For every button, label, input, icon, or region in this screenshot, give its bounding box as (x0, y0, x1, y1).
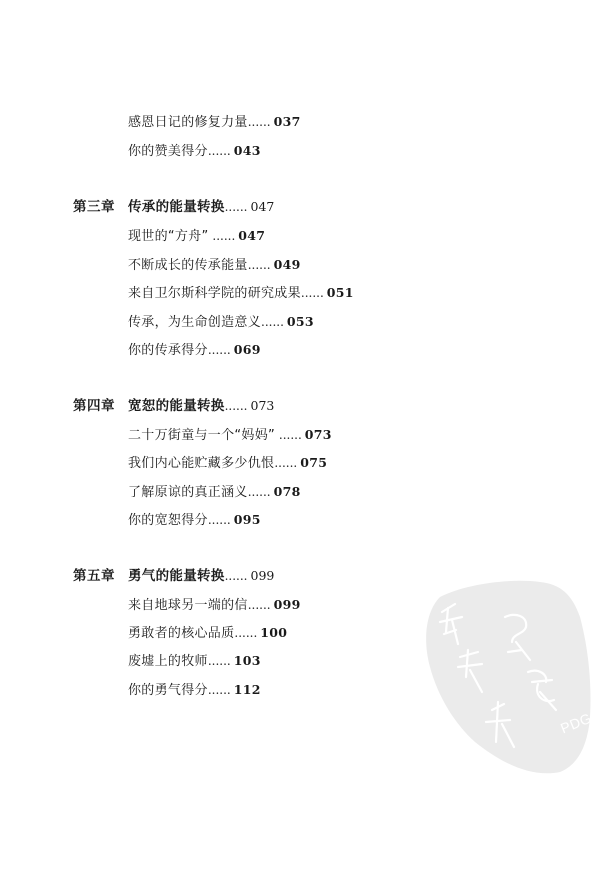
leader-dots: ...... (208, 343, 231, 357)
entry-title: 我们内心能贮藏多少仇恨 (128, 456, 274, 471)
entry-title: 感恩日记的修复力量 (128, 115, 248, 130)
toc-entry[interactable]: 感恩日记的修复力量......037 (128, 114, 301, 131)
toc-entry[interactable]: 我们内心能贮藏多少仇恨......075 (128, 455, 327, 472)
entry-title: 二十万街童与一个“妈妈” (128, 428, 275, 443)
page-number: 078 (274, 484, 301, 499)
entry-title: 废墟上的牧师 (128, 654, 208, 669)
page-number: 047 (238, 228, 265, 243)
page-number: 047 (251, 199, 275, 214)
toc-entry[interactable]: 你的传承得分......069 (128, 342, 261, 359)
leader-dots: ...... (275, 428, 302, 442)
entry-title: 你的宽恕得分 (128, 513, 208, 528)
leader-dots: ...... (225, 569, 248, 583)
toc-entry[interactable]: 不断成长的传承能量......049 (128, 257, 301, 274)
leader-dots: ...... (248, 115, 271, 129)
chapter-title: 传承的能量转换 (128, 199, 225, 215)
entry-title: 了解原谅的真正涵义 (128, 485, 248, 500)
page-number: 073 (251, 398, 275, 413)
toc-entry[interactable]: 现世的“方舟” ......047 (128, 228, 265, 245)
leader-dots: ...... (208, 513, 231, 527)
entry-title: 不断成长的传承能量 (128, 258, 248, 273)
toc-page: 感恩日记的修复力量......037 你的赞美得分......043 第三章传承… (0, 0, 600, 869)
page-number: 043 (234, 143, 261, 158)
leader-dots: ...... (248, 258, 271, 272)
page-number: 053 (287, 314, 314, 329)
toc-entry[interactable]: 来自地球另一端的信......099 (128, 597, 301, 614)
chapter-label: 第五章 (73, 568, 128, 584)
entry-title: 你的勇气得分 (128, 683, 208, 698)
entry-title: 勇敢者的核心品质 (128, 626, 234, 641)
leader-dots: ...... (225, 200, 248, 214)
toc-entry[interactable]: 你的赞美得分......043 (128, 143, 261, 160)
leader-dots: ...... (208, 654, 231, 668)
leader-dots: ...... (234, 626, 257, 640)
chapter-label: 第四章 (73, 398, 128, 414)
chapter-heading-4[interactable]: 第四章宽恕的能量转换......073 (73, 398, 274, 414)
leader-dots: ...... (274, 456, 297, 470)
entry-title: 你的赞美得分 (128, 144, 208, 159)
toc-entry[interactable]: 传承，为生命创造意义......053 (128, 314, 314, 331)
entry-title: 传承，为生命创造意义 (128, 315, 261, 330)
entry-title: 来自卫尔斯科学院的研究成果 (128, 286, 301, 301)
page-number: 100 (260, 625, 287, 640)
page-number: 037 (274, 114, 301, 129)
chapter-title: 宽恕的能量转换 (128, 398, 225, 414)
leader-dots: ...... (248, 598, 271, 612)
page-number: 103 (234, 653, 261, 668)
chapter-heading-5[interactable]: 第五章勇气的能量转换......099 (73, 568, 274, 584)
library-stamp-watermark: PDG (420, 572, 595, 782)
page-number: 075 (300, 455, 327, 470)
toc-entry[interactable]: 来自卫尔斯科学院的研究成果......051 (128, 285, 354, 302)
page-number: 095 (234, 512, 261, 527)
leader-dots: ...... (248, 485, 271, 499)
toc-entry[interactable]: 你的勇气得分......112 (128, 682, 261, 699)
chapter-heading-3[interactable]: 第三章传承的能量转换......047 (73, 199, 274, 215)
toc-entry[interactable]: 了解原谅的真正涵义......078 (128, 484, 301, 501)
page-number: 049 (274, 257, 301, 272)
leader-dots: ...... (261, 315, 284, 329)
chapter-label: 第三章 (73, 199, 128, 215)
page-number: 112 (234, 682, 261, 697)
leader-dots: ...... (225, 399, 248, 413)
leader-dots: ...... (208, 144, 231, 158)
page-number: 073 (305, 427, 332, 442)
page-number: 099 (251, 568, 275, 583)
page-number: 099 (274, 597, 301, 612)
toc-entry[interactable]: 二十万街童与一个“妈妈” ......073 (128, 427, 332, 444)
leader-dots: ...... (208, 683, 231, 697)
toc-entry[interactable]: 废墟上的牧师......103 (128, 653, 261, 670)
toc-entry[interactable]: 勇敢者的核心品质......100 (128, 625, 287, 642)
entry-title: 你的传承得分 (128, 343, 208, 358)
entry-title: 来自地球另一端的信 (128, 598, 248, 613)
seal-stamp-icon (420, 572, 595, 782)
entry-title: 现世的“方舟” (128, 229, 209, 244)
leader-dots: ...... (301, 286, 324, 300)
leader-dots: ...... (209, 229, 236, 243)
chapter-title: 勇气的能量转换 (128, 568, 225, 584)
toc-entry[interactable]: 你的宽恕得分......095 (128, 512, 261, 529)
page-number: 069 (234, 342, 261, 357)
page-number: 051 (327, 285, 354, 300)
